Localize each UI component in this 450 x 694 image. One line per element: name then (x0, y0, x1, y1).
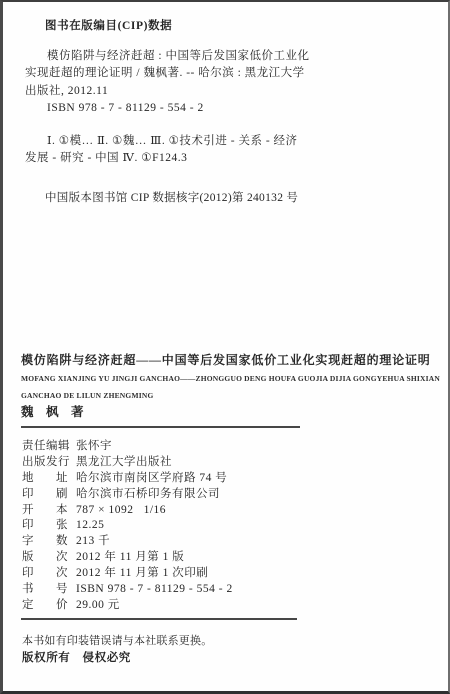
publication-info-row: 书号 ISBN 978 - 7 - 81129 - 554 - 2 (22, 582, 233, 598)
info-label: 印次 (22, 566, 68, 582)
cip-description-line: 模仿陷阱与经济赶超 : 中国等后发国家低价工业化 (25, 48, 309, 65)
cip-description-line: 实现赶超的理论证明 / 魏枫著. -- 哈尔滨 : 黑龙江大学 (25, 65, 309, 82)
divider-line-top (21, 426, 300, 428)
cip-classification-line: 发展 - 研究 - 中国 Ⅳ. ①F124.3 (25, 150, 298, 167)
publication-info-row: 出版发行 黑龙江大学出版社 (22, 455, 233, 471)
publication-info-row: 印次 2012 年 11 月第 1 次印刷 (22, 566, 233, 582)
publication-info-row: 责任编辑 张怀宇 (22, 439, 233, 455)
info-label: 字数 (22, 534, 68, 550)
info-value: 哈尔滨市石桥印务有限公司 (76, 487, 220, 503)
cip-description-line: 出版社, 2012.11 (25, 83, 309, 100)
info-label: 印张 (22, 518, 68, 534)
book-title: 模仿陷阱与经济赶超——中国等后发国家低价工业化实现赶超的理论证明 (21, 351, 431, 368)
info-label: 印刷 (22, 487, 68, 503)
publication-info: 责任编辑 张怀宇 出版发行 黑龙江大学出版社 地址 哈尔滨市南岗区学府路 74 … (22, 439, 233, 614)
info-label: 地址 (22, 471, 68, 487)
publication-info-row: 地址 哈尔滨市南岗区学府路 74 号 (22, 471, 233, 487)
publication-info-row: 字数 213 千 (22, 534, 233, 550)
info-label: 版次 (22, 550, 68, 566)
info-value: 2012 年 11 月第 1 次印刷 (76, 566, 208, 582)
info-label: 开本 (22, 503, 68, 519)
copyright-statement: 版权所有 侵权必究 (22, 649, 131, 665)
info-value: 2012 年 11 月第 1 版 (76, 550, 184, 566)
cip-isbn-line: ISBN 978 - 7 - 81129 - 554 - 2 (25, 100, 309, 117)
info-value: 787 × 1092 1/16 (76, 503, 166, 519)
info-label: 责任编辑 (22, 439, 68, 455)
info-value: 213 千 (76, 534, 110, 550)
divider-line-bottom (21, 618, 297, 620)
pinyin-line: GANCHAO DE LILUN ZHENGMING (21, 387, 440, 404)
info-value: 12.25 (76, 518, 104, 534)
book-copyright-page: 图书在版编目(CIP)数据 模仿陷阱与经济赶超 : 中国等后发国家低价工业化 实… (0, 0, 450, 694)
cip-description: 模仿陷阱与经济赶超 : 中国等后发国家低价工业化 实现赶超的理论证明 / 魏枫著… (25, 48, 309, 118)
info-value: 张怀宇 (76, 439, 112, 455)
info-label: 定价 (22, 598, 68, 614)
info-value: 29.00 元 (76, 598, 120, 614)
author-line: 魏 枫 著 (21, 402, 84, 420)
publication-info-row: 版次 2012 年 11 月第 1 版 (22, 550, 233, 566)
publication-info-row: 印刷 哈尔滨市石桥印务有限公司 (22, 487, 233, 503)
info-label: 出版发行 (22, 455, 68, 471)
pinyin-line: MOFANG XIANJING YU JINGJI GANCHAO——ZHONG… (21, 370, 440, 387)
publication-info-row: 定价 29.00 元 (22, 598, 233, 614)
info-value: 黑龙江大学出版社 (76, 455, 172, 471)
info-value: 哈尔滨市南岗区学府路 74 号 (76, 471, 227, 487)
info-value: ISBN 978 - 7 - 81129 - 554 - 2 (76, 582, 233, 598)
cip-classification-line: Ⅰ. ①模… Ⅱ. ①魏… Ⅲ. ①技术引进 - 关系 - 经济 (25, 133, 298, 150)
info-label: 书号 (22, 582, 68, 598)
cip-classification: Ⅰ. ①模… Ⅱ. ①魏… Ⅲ. ①技术引进 - 关系 - 经济 发展 - 研究… (25, 133, 298, 168)
publication-info-row: 开本 787 × 1092 1/16 (22, 503, 233, 519)
publication-info-row: 印张 12.25 (22, 518, 233, 534)
errata-notice: 本书如有印装错误请与本社联系更换。 (22, 632, 212, 648)
book-title-pinyin: MOFANG XIANJING YU JINGJI GANCHAO——ZHONG… (21, 370, 440, 404)
cip-record-number: 中国版本图书馆 CIP 数据核字(2012)第 240132 号 (45, 189, 298, 205)
cip-header: 图书在版编目(CIP)数据 (45, 17, 172, 33)
